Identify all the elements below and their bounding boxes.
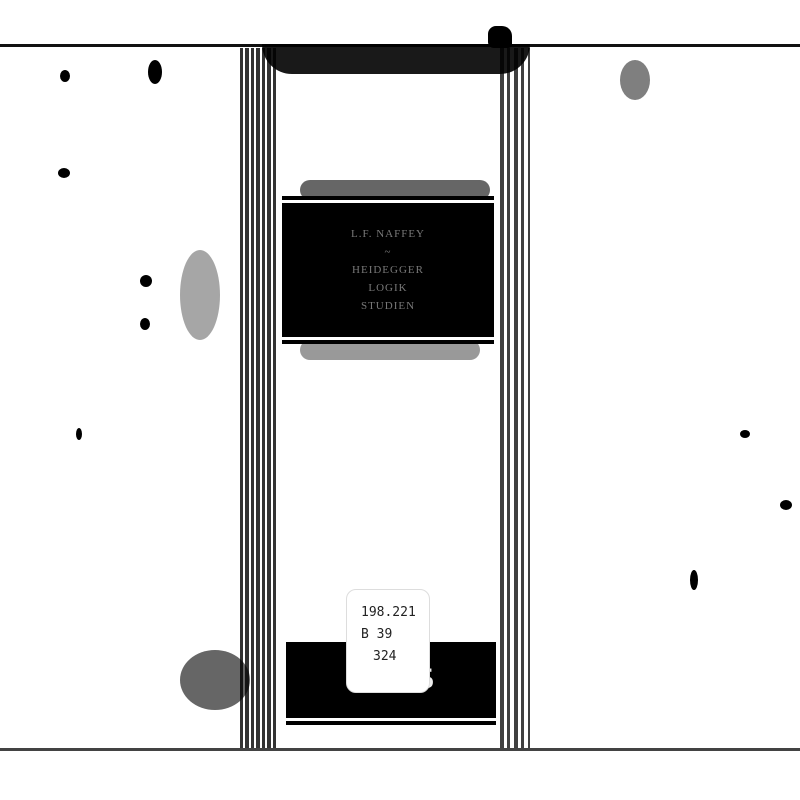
stain [300, 340, 480, 360]
title-line-4: LOGIK [368, 282, 407, 294]
stain [60, 70, 70, 82]
stain [740, 430, 750, 438]
call-number-line-1: 198.221 [361, 602, 416, 624]
title-line-3: HEIDEGGER [352, 264, 424, 276]
book-scan: L.F. NAFFEY ~ HEIDEGGER LOGIK STUDIEN 5 … [0, 0, 800, 800]
stain [140, 275, 152, 287]
title-line-2: ~ [385, 246, 392, 258]
call-number-line-2: B 39 [361, 624, 392, 646]
stain [180, 650, 250, 710]
call-number-line-3: 324 [361, 646, 396, 668]
stain [58, 168, 70, 178]
stain [620, 60, 650, 100]
stain [180, 250, 220, 340]
stain [780, 500, 792, 510]
title-line-5: STUDIEN [361, 300, 415, 312]
spine-hinge-left [240, 48, 276, 748]
stain [690, 570, 698, 590]
call-number-sticker: 198.221 B 39 324 [346, 589, 430, 693]
title-line-1: L.F. NAFFEY [351, 228, 425, 240]
stain [148, 60, 162, 84]
spine-hinge-right [500, 48, 530, 748]
bottom-edge [0, 748, 800, 751]
stain [76, 428, 82, 440]
stain [140, 318, 150, 330]
spine-tab [488, 26, 512, 48]
stain [300, 180, 490, 200]
spine-top-cap [262, 44, 530, 74]
spine-title-label: L.F. NAFFEY ~ HEIDEGGER LOGIK STUDIEN [282, 200, 494, 340]
